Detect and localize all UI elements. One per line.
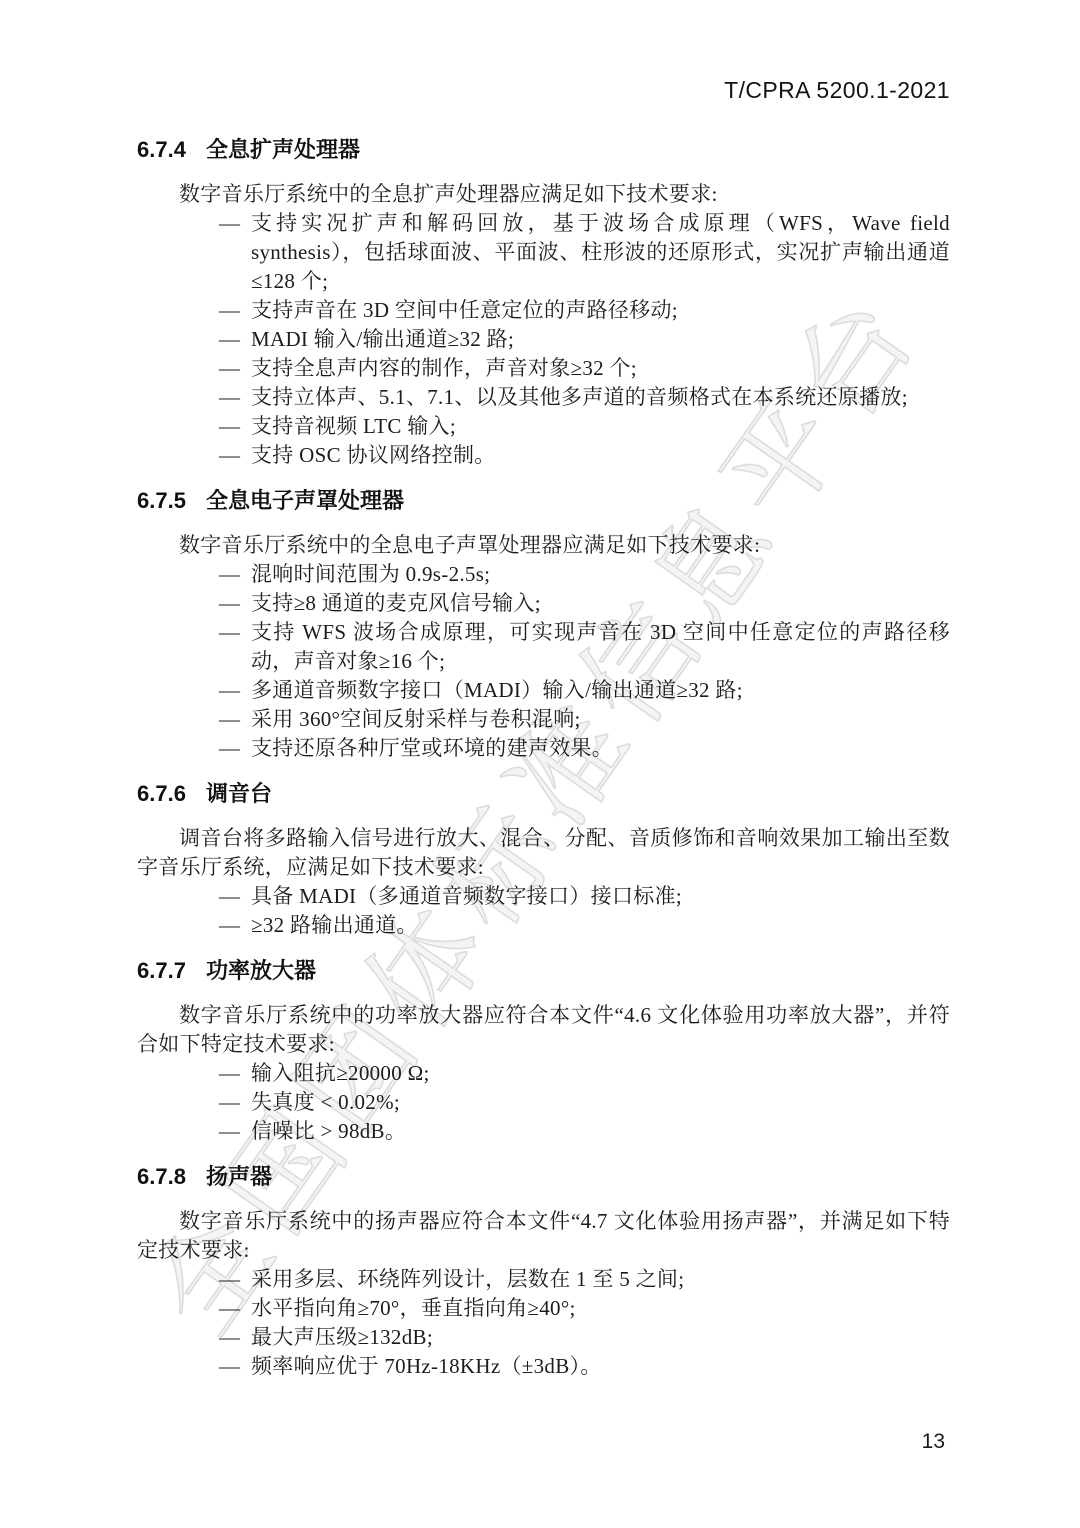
bullet-text: 支持声音在 3D 空间中任意定位的声路径移动; (251, 296, 950, 325)
dash-marker: — (219, 441, 251, 470)
dash-marker: — (219, 1265, 251, 1294)
dash-marker: — (219, 1323, 251, 1352)
bullet-text: 支持全息声内容的制作，声音对象≥32 个; (251, 354, 950, 383)
bullet-text: 信噪比 > 98dB。 (251, 1117, 950, 1146)
section-6-7-6: 6.7.6 调音台 调音台将多路输入信号进行放大、混合、分配、音质修饰和音响效果… (137, 779, 950, 940)
bullet-item: — 多通道音频数字接口（MADI）输入/输出通道≥32 路; (219, 676, 950, 705)
section-intro: 调音台将多路输入信号进行放大、混合、分配、音质修饰和音响效果加工输出至数字音乐厅… (137, 824, 950, 882)
bullet-text: 支持还原各种厅堂或环境的建声效果。 (251, 734, 950, 763)
dash-marker: — (219, 1059, 251, 1088)
section-intro: 数字音乐厅系统中的全息电子声罩处理器应满足如下技术要求: (137, 531, 950, 560)
section-number: 6.7.8 (137, 1162, 186, 1191)
bullet-text: 频率响应优于 70Hz-18KHz（±3dB）。 (251, 1352, 950, 1381)
bullet-item: — 采用 360°空间反射采样与卷积混响; (219, 705, 950, 734)
dash-marker: — (219, 911, 251, 940)
section-6-7-7: 6.7.7 功率放大器 数字音乐厅系统中的功率放大器应符合本文件“4.6 文化体… (137, 956, 950, 1146)
dash-marker: — (219, 589, 251, 618)
dash-marker: — (219, 209, 251, 296)
section-heading: 6.7.8 扬声器 (137, 1162, 950, 1191)
section-number: 6.7.7 (137, 956, 186, 985)
bullet-text: 具备 MADI（多通道音频数字接口）接口标准; (251, 882, 950, 911)
bullet-item: — 支持立体声、5.1、7.1、以及其他多声道的音频格式在本系统还原播放; (219, 383, 950, 412)
dash-marker: — (219, 705, 251, 734)
section-heading: 6.7.5 全息电子声罩处理器 (137, 486, 950, 515)
section-heading: 6.7.6 调音台 (137, 779, 950, 808)
dash-marker: — (219, 1088, 251, 1117)
bullet-item: — 支持还原各种厅堂或环境的建声效果。 (219, 734, 950, 763)
bullet-item: — 支持≥8 通道的麦克风信号输入; (219, 589, 950, 618)
page-number: 13 (922, 1430, 945, 1454)
bullet-item: — 支持音视频 LTC 输入; (219, 412, 950, 441)
bullet-item: — 水平指向角≥70°，垂直指向角≥40°; (219, 1294, 950, 1323)
section-title: 调音台 (206, 779, 272, 808)
dash-marker: — (219, 354, 251, 383)
section-title: 全息扩声处理器 (206, 135, 360, 164)
section-6-7-8: 6.7.8 扬声器 数字音乐厅系统中的扬声器应符合本文件“4.7 文化体验用扬声… (137, 1162, 950, 1381)
bullet-text: 最大声压级≥132dB; (251, 1323, 950, 1352)
dash-marker: — (219, 296, 251, 325)
dash-marker: — (219, 412, 251, 441)
section-title: 功率放大器 (206, 956, 316, 985)
bullet-text: 支持立体声、5.1、7.1、以及其他多声道的音频格式在本系统还原播放; (251, 383, 950, 412)
bullet-text: ≥32 路输出通道。 (251, 911, 950, 940)
bullet-text: 支持音视频 LTC 输入; (251, 412, 950, 441)
bullet-item: — 频率响应优于 70Hz-18KHz（±3dB）。 (219, 1352, 950, 1381)
dash-marker: — (219, 1294, 251, 1323)
section-number: 6.7.4 (137, 135, 186, 164)
bullet-item: — 支持 WFS 波场合成原理，可实现声音在 3D 空间中任意定位的声路径移动，… (219, 618, 950, 676)
dash-marker: — (219, 618, 251, 676)
bullet-item: — 支持全息声内容的制作，声音对象≥32 个; (219, 354, 950, 383)
bullet-item: — ≥32 路输出通道。 (219, 911, 950, 940)
section-intro: 数字音乐厅系统中的扬声器应符合本文件“4.7 文化体验用扬声器”，并满足如下特定… (137, 1207, 950, 1265)
section-6-7-4: 6.7.4 全息扩声处理器 数字音乐厅系统中的全息扩声处理器应满足如下技术要求:… (137, 135, 950, 470)
bullet-text: 采用 360°空间反射采样与卷积混响; (251, 705, 950, 734)
standard-number-header: T/CPRA 5200.1-2021 (137, 76, 950, 105)
bullet-item: — 失真度 < 0.02%; (219, 1088, 950, 1117)
bullet-text: 支持 OSC 协议网络控制。 (251, 441, 950, 470)
bullet-text: 多通道音频数字接口（MADI）输入/输出通道≥32 路; (251, 676, 950, 705)
dash-marker: — (219, 1352, 251, 1381)
dash-marker: — (219, 1117, 251, 1146)
dash-marker: — (219, 560, 251, 589)
bullet-item: — 支持 OSC 协议网络控制。 (219, 441, 950, 470)
bullet-text: 失真度 < 0.02%; (251, 1088, 950, 1117)
document-page: 全国团体标准信息平台 T/CPRA 5200.1-2021 6.7.4 全息扩声… (0, 0, 1080, 1528)
section-intro: 数字音乐厅系统中的全息扩声处理器应满足如下技术要求: (137, 180, 950, 209)
page-content: T/CPRA 5200.1-2021 6.7.4 全息扩声处理器 数字音乐厅系统… (0, 0, 1080, 1381)
bullet-text: MADI 输入/输出通道≥32 路; (251, 325, 950, 354)
bullet-text: 输入阻抗≥20000 Ω; (251, 1059, 950, 1088)
bullet-item: — 混响时间范围为 0.9s-2.5s; (219, 560, 950, 589)
dash-marker: — (219, 383, 251, 412)
bullet-text: 支持≥8 通道的麦克风信号输入; (251, 589, 950, 618)
bullet-text: 水平指向角≥70°，垂直指向角≥40°; (251, 1294, 950, 1323)
bullet-item: — 采用多层、环绕阵列设计，层数在 1 至 5 之间; (219, 1265, 950, 1294)
bullet-item: — 信噪比 > 98dB。 (219, 1117, 950, 1146)
section-title: 扬声器 (206, 1162, 272, 1191)
bullet-text: 采用多层、环绕阵列设计，层数在 1 至 5 之间; (251, 1265, 950, 1294)
bullet-text: 混响时间范围为 0.9s-2.5s; (251, 560, 950, 589)
bullet-item: — 最大声压级≥132dB; (219, 1323, 950, 1352)
section-title: 全息电子声罩处理器 (206, 486, 404, 515)
bullet-item: — 具备 MADI（多通道音频数字接口）接口标准; (219, 882, 950, 911)
bullet-item: — MADI 输入/输出通道≥32 路; (219, 325, 950, 354)
section-number: 6.7.6 (137, 779, 186, 808)
dash-marker: — (219, 882, 251, 911)
section-heading: 6.7.7 功率放大器 (137, 956, 950, 985)
section-intro: 数字音乐厅系统中的功率放大器应符合本文件“4.6 文化体验用功率放大器”，并符合… (137, 1001, 950, 1059)
section-heading: 6.7.4 全息扩声处理器 (137, 135, 950, 164)
dash-marker: — (219, 676, 251, 705)
bullet-text: 支持 WFS 波场合成原理，可实现声音在 3D 空间中任意定位的声路径移动，声音… (251, 618, 950, 676)
dash-marker: — (219, 734, 251, 763)
bullet-text: 支持实况扩声和解码回放，基于波场合成原理（WFS，Wave field synt… (251, 209, 950, 296)
section-6-7-5: 6.7.5 全息电子声罩处理器 数字音乐厅系统中的全息电子声罩处理器应满足如下技… (137, 486, 950, 763)
section-number: 6.7.5 (137, 486, 186, 515)
bullet-item: — 支持实况扩声和解码回放，基于波场合成原理（WFS，Wave field sy… (219, 209, 950, 296)
bullet-item: — 支持声音在 3D 空间中任意定位的声路径移动; (219, 296, 950, 325)
bullet-item: — 输入阻抗≥20000 Ω; (219, 1059, 950, 1088)
dash-marker: — (219, 325, 251, 354)
